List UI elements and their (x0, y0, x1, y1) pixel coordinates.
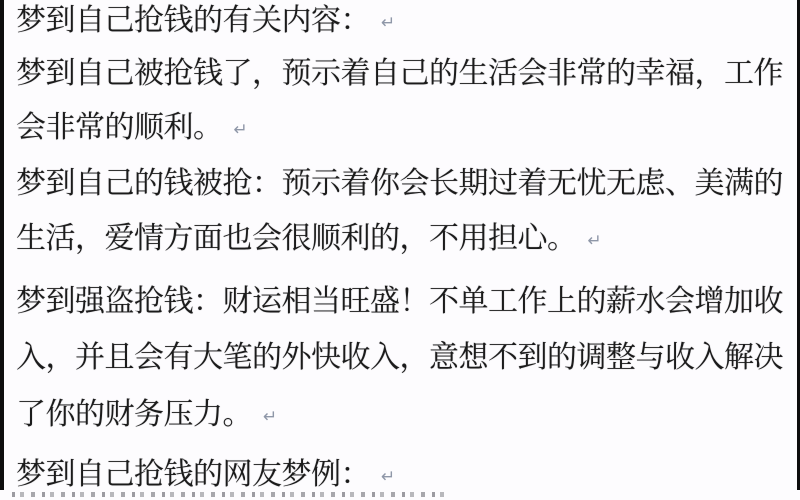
paragraph-mark-icon: ↵ (381, 6, 395, 40)
text-line: 入，并且会有大笔的外快收入，意想不到的调整与收入解决 (16, 341, 783, 375)
line-text: 了你的财务压力。 (16, 398, 252, 431)
paragraph-mark-icon: ↵ (381, 460, 395, 494)
text-line: 生活，爱情方面也会很顺利的，不用担心。↵ (16, 222, 602, 258)
text-line: 了你的财务压力。↵ (16, 398, 277, 434)
left-letterbox-bar (0, 0, 4, 490)
line-text: 会非常的顺利。 (16, 111, 223, 144)
text-line: 梦到自己的钱被抢：预示着你会长期过着无忧无虑、美满的 (16, 167, 783, 201)
document-page: 梦到自己抢钱的有关内容：↵ 梦到自己被抢钱了，预示着自己的生活会非常的幸福，工作… (0, 0, 800, 500)
paragraph-mark-icon: ↵ (588, 224, 602, 258)
line-text: 梦到自己抢钱的网友梦例： (16, 458, 370, 491)
paragraph-mark-icon: ↵ (234, 113, 248, 147)
line-text: 梦到强盗抢钱：财运相当旺盛！不单工作上的薪水会增加收 (16, 285, 783, 318)
text-line-heading-content: 梦到自己抢钱的有关内容：↵ (16, 4, 395, 40)
text-line: 会非常的顺利。↵ (16, 111, 248, 147)
line-text: 生活，爱情方面也会很顺利的，不用担心。 (16, 222, 577, 255)
text-line-heading-examples: 梦到自己抢钱的网友梦例：↵ (16, 458, 395, 494)
clipped-next-line-fragment (12, 492, 444, 497)
text-line: 梦到自己被抢钱了，预示着自己的生活会非常的幸福，工作 (16, 57, 783, 91)
line-text: 入，并且会有大笔的外快收入，意想不到的调整与收入解决 (16, 341, 783, 374)
line-text: 梦到自己被抢钱了，预示着自己的生活会非常的幸福，工作 (16, 57, 783, 90)
line-text: 梦到自己的钱被抢：预示着你会长期过着无忧无虑、美满的 (16, 167, 783, 200)
line-text: 梦到自己抢钱的有关内容： (16, 4, 370, 37)
text-line: 梦到强盗抢钱：财运相当旺盛！不单工作上的薪水会增加收 (16, 285, 783, 319)
paragraph-mark-icon: ↵ (263, 400, 277, 434)
